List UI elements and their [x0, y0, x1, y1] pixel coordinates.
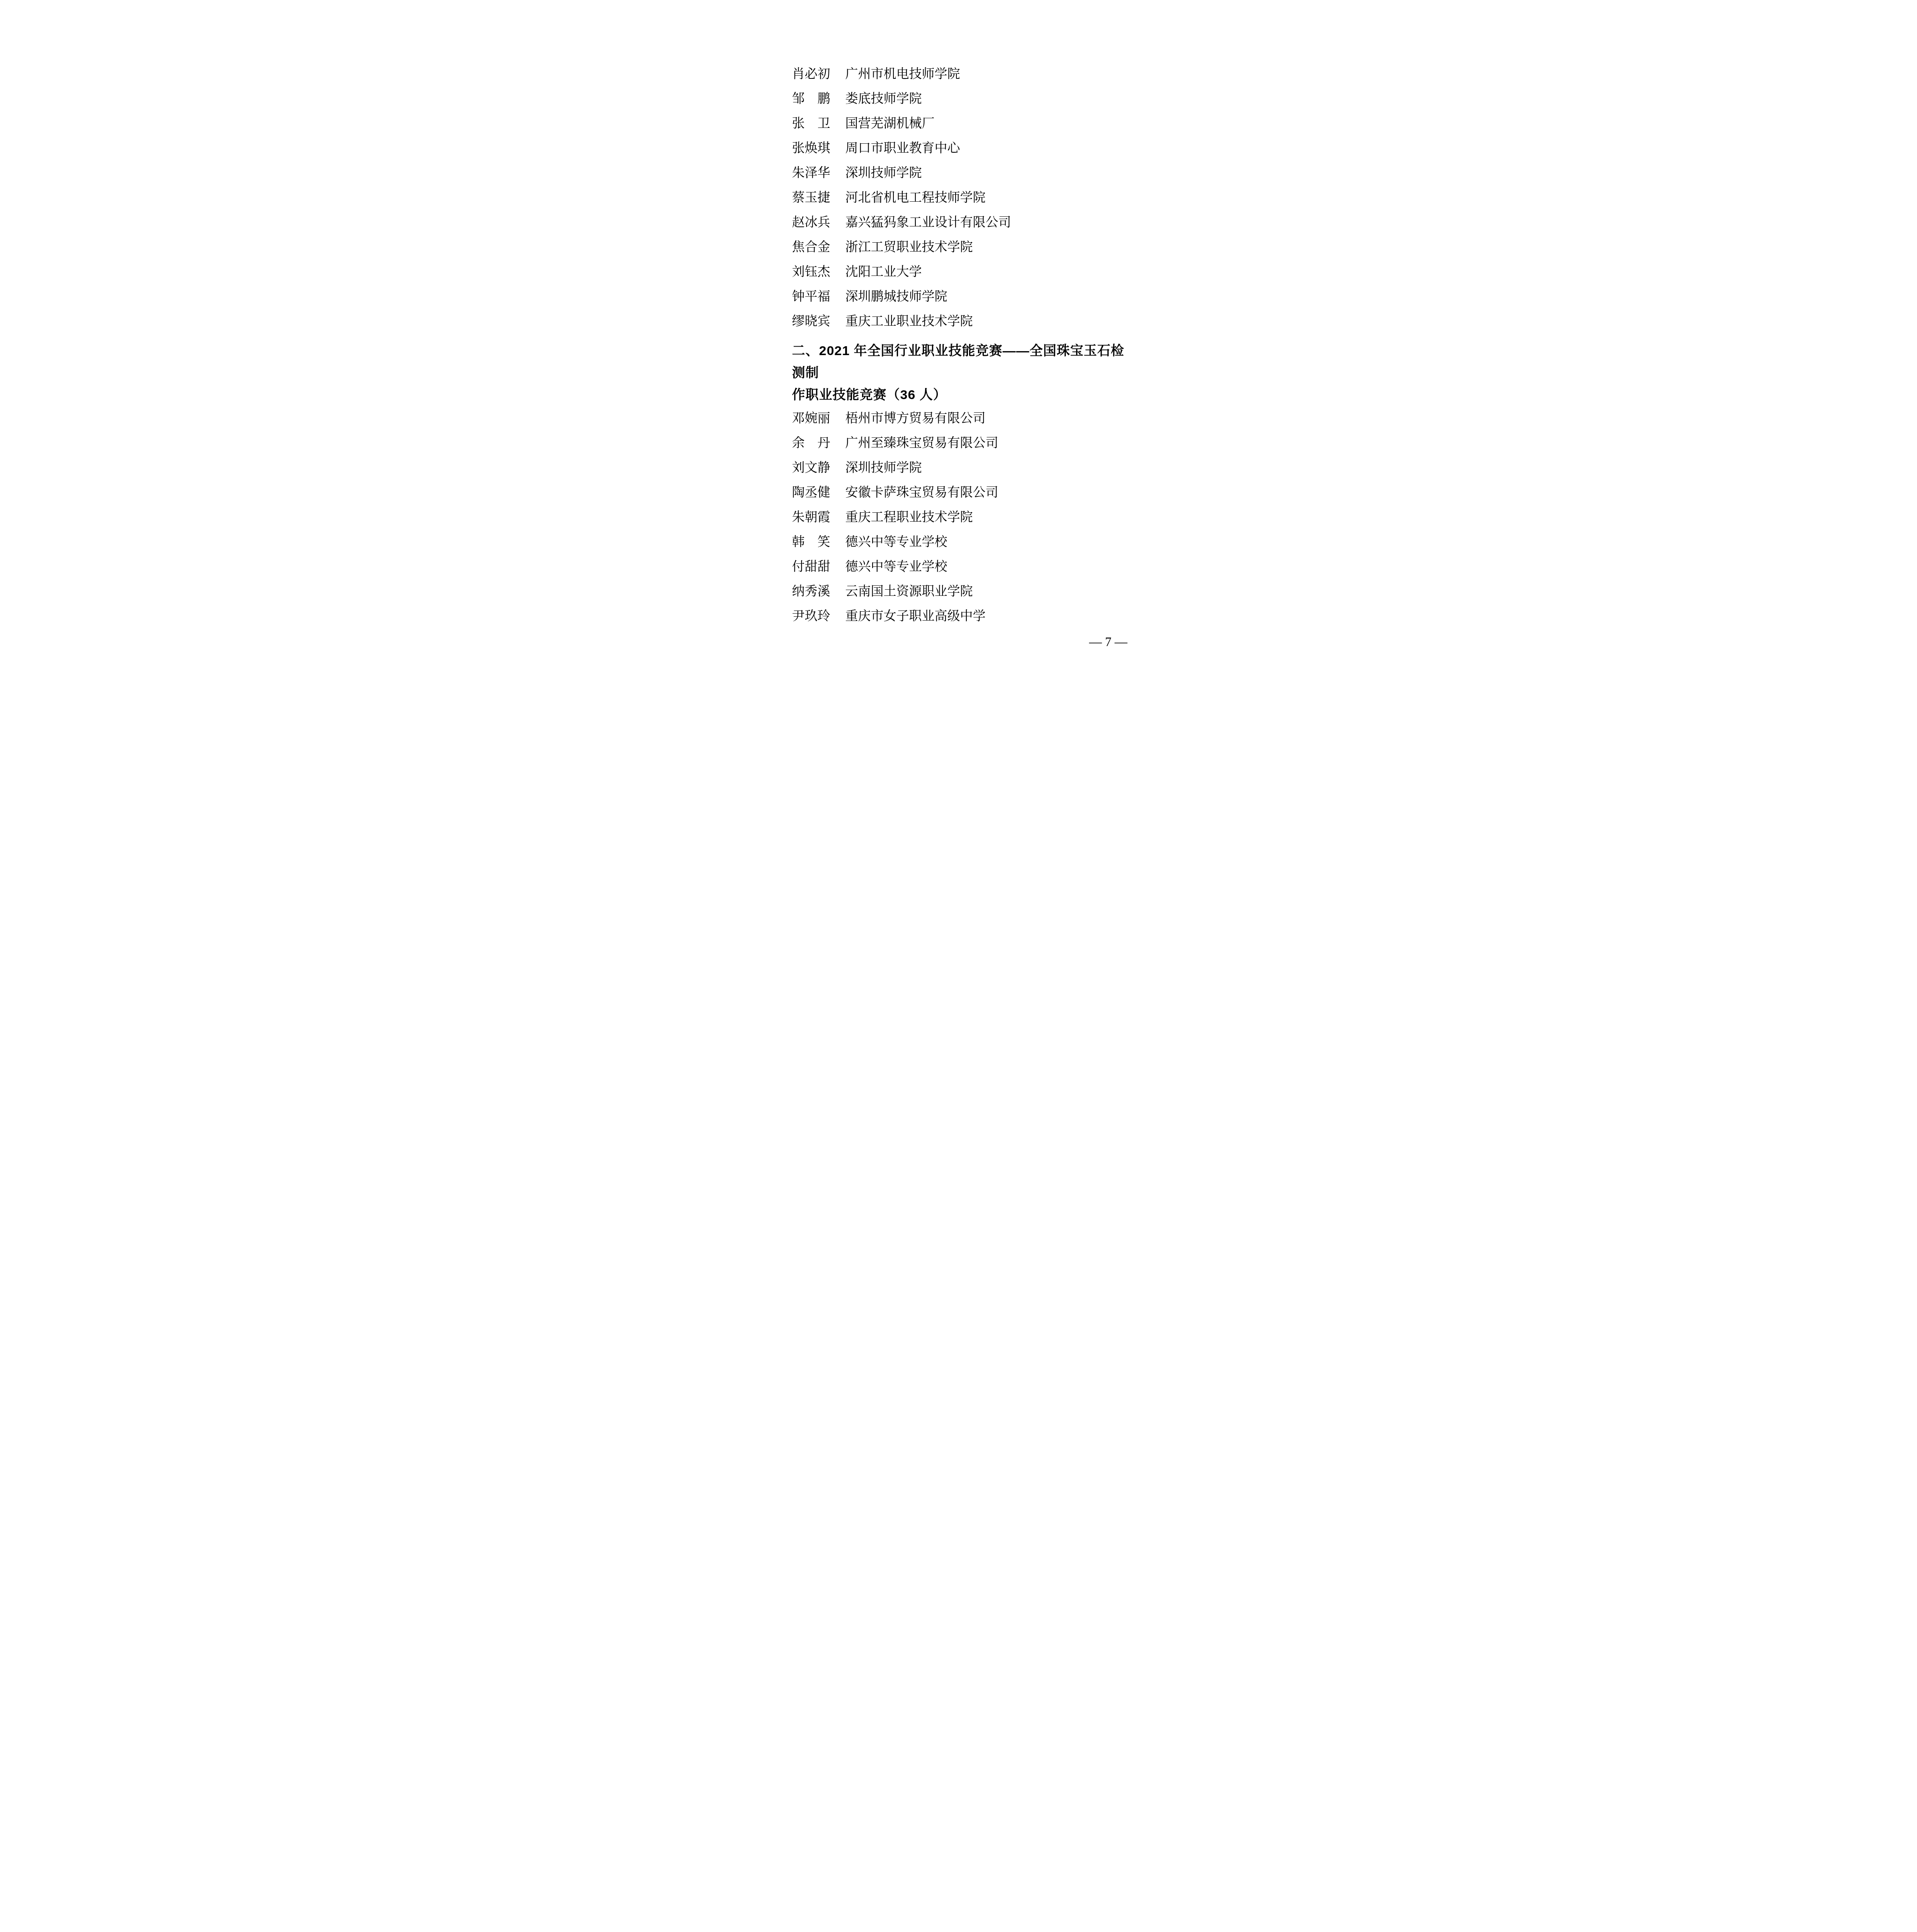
list-item: 焦合金 浙江工贸职业技术学院 [792, 235, 1130, 260]
page-number: — 7 — [1089, 630, 1128, 655]
organization-name: 浙江工贸职业技术学院 [845, 235, 1130, 260]
organization-name: 国营芜湖机械厂 [845, 111, 1130, 136]
person-name: 余 丹 [792, 431, 845, 456]
section-2-heading: 二、2021 年全国行业职业技能竞赛——全国珠宝玉石检测制 作职业技能竞赛（36… [792, 340, 1130, 406]
organization-name: 广州市机电技师学院 [845, 62, 1130, 87]
organization-name: 重庆工程职业技术学院 [845, 505, 1130, 530]
person-name: 邓婉丽 [792, 406, 845, 431]
person-name: 肖必初 [792, 62, 845, 87]
organization-name: 娄底技师学院 [845, 87, 1130, 111]
document-page: 肖必初 广州市机电技师学院 邹 鹏 娄底技师学院 张 卫 国营芜湖机械厂 张焕琪… [719, 0, 1198, 678]
person-name: 朱朝霞 [792, 505, 845, 530]
section-2-heading-line-2: 作职业技能竞赛（36 人） [792, 384, 1130, 406]
organization-name: 梧州市博方贸易有限公司 [845, 406, 1130, 431]
list-item: 韩 笑 德兴中等专业学校 [792, 530, 1130, 554]
list-item: 邓婉丽 梧州市博方贸易有限公司 [792, 406, 1130, 431]
list-item: 邹 鹏 娄底技师学院 [792, 87, 1130, 111]
list-item: 刘钰杰 沈阳工业大学 [792, 260, 1130, 284]
organization-name: 周口市职业教育中心 [845, 136, 1130, 161]
person-name: 赵冰兵 [792, 210, 845, 235]
organization-name: 重庆市女子职业高级中学 [845, 604, 1130, 629]
list-item: 蔡玉捷 河北省机电工程技师学院 [792, 185, 1130, 210]
organization-name: 德兴中等专业学校 [845, 554, 1130, 579]
list-item: 赵冰兵 嘉兴猛犸象工业设计有限公司 [792, 210, 1130, 235]
list-item: 纳秀溪 云南国土资源职业学院 [792, 579, 1130, 604]
organization-name: 安徽卡萨珠宝贸易有限公司 [845, 480, 1130, 505]
person-name: 邹 鹏 [792, 87, 845, 111]
organization-name: 河北省机电工程技师学院 [845, 185, 1130, 210]
person-name: 张 卫 [792, 111, 845, 136]
list-item: 余 丹 广州至臻珠宝贸易有限公司 [792, 431, 1130, 456]
person-name: 蔡玉捷 [792, 185, 845, 210]
person-name: 尹玖玲 [792, 604, 845, 629]
person-name: 钟平福 [792, 284, 845, 309]
list-item: 朱泽华 深圳技师学院 [792, 161, 1130, 185]
organization-name: 云南国土资源职业学院 [845, 579, 1130, 604]
person-name: 张焕琪 [792, 136, 845, 161]
person-name: 刘文静 [792, 456, 845, 480]
person-name: 纳秀溪 [792, 579, 845, 604]
organization-name: 深圳技师学院 [845, 161, 1130, 185]
list-item: 缪晓宾 重庆工业职业技术学院 [792, 309, 1130, 334]
list-item: 尹玖玲 重庆市女子职业高级中学 [792, 604, 1130, 629]
person-name: 付甜甜 [792, 554, 845, 579]
person-name: 韩 笑 [792, 530, 845, 554]
person-name: 焦合金 [792, 235, 845, 260]
person-name: 陶丞健 [792, 480, 845, 505]
person-name: 缪晓宾 [792, 309, 845, 334]
list-item: 张 卫 国营芜湖机械厂 [792, 111, 1130, 136]
person-name: 朱泽华 [792, 161, 845, 185]
organization-name: 广州至臻珠宝贸易有限公司 [845, 431, 1130, 456]
list-item: 张焕琪 周口市职业教育中心 [792, 136, 1130, 161]
award-list-section-1: 肖必初 广州市机电技师学院 邹 鹏 娄底技师学院 张 卫 国营芜湖机械厂 张焕琪… [792, 62, 1130, 334]
section-2-heading-line-1: 二、2021 年全国行业职业技能竞赛——全国珠宝玉石检测制 [792, 340, 1130, 384]
person-name: 刘钰杰 [792, 260, 845, 284]
organization-name: 深圳鹏城技师学院 [845, 284, 1130, 309]
organization-name: 德兴中等专业学校 [845, 530, 1130, 554]
list-item: 陶丞健 安徽卡萨珠宝贸易有限公司 [792, 480, 1130, 505]
organization-name: 深圳技师学院 [845, 456, 1130, 480]
list-item: 钟平福 深圳鹏城技师学院 [792, 284, 1130, 309]
award-list-section-2: 邓婉丽 梧州市博方贸易有限公司 余 丹 广州至臻珠宝贸易有限公司 刘文静 深圳技… [792, 406, 1130, 629]
list-item: 肖必初 广州市机电技师学院 [792, 62, 1130, 87]
organization-name: 嘉兴猛犸象工业设计有限公司 [845, 210, 1130, 235]
organization-name: 重庆工业职业技术学院 [845, 309, 1130, 334]
list-item: 付甜甜 德兴中等专业学校 [792, 554, 1130, 579]
list-item: 朱朝霞 重庆工程职业技术学院 [792, 505, 1130, 530]
document-content: 肖必初 广州市机电技师学院 邹 鹏 娄底技师学院 张 卫 国营芜湖机械厂 张焕琪… [792, 62, 1130, 629]
list-item: 刘文静 深圳技师学院 [792, 456, 1130, 480]
organization-name: 沈阳工业大学 [845, 260, 1130, 284]
